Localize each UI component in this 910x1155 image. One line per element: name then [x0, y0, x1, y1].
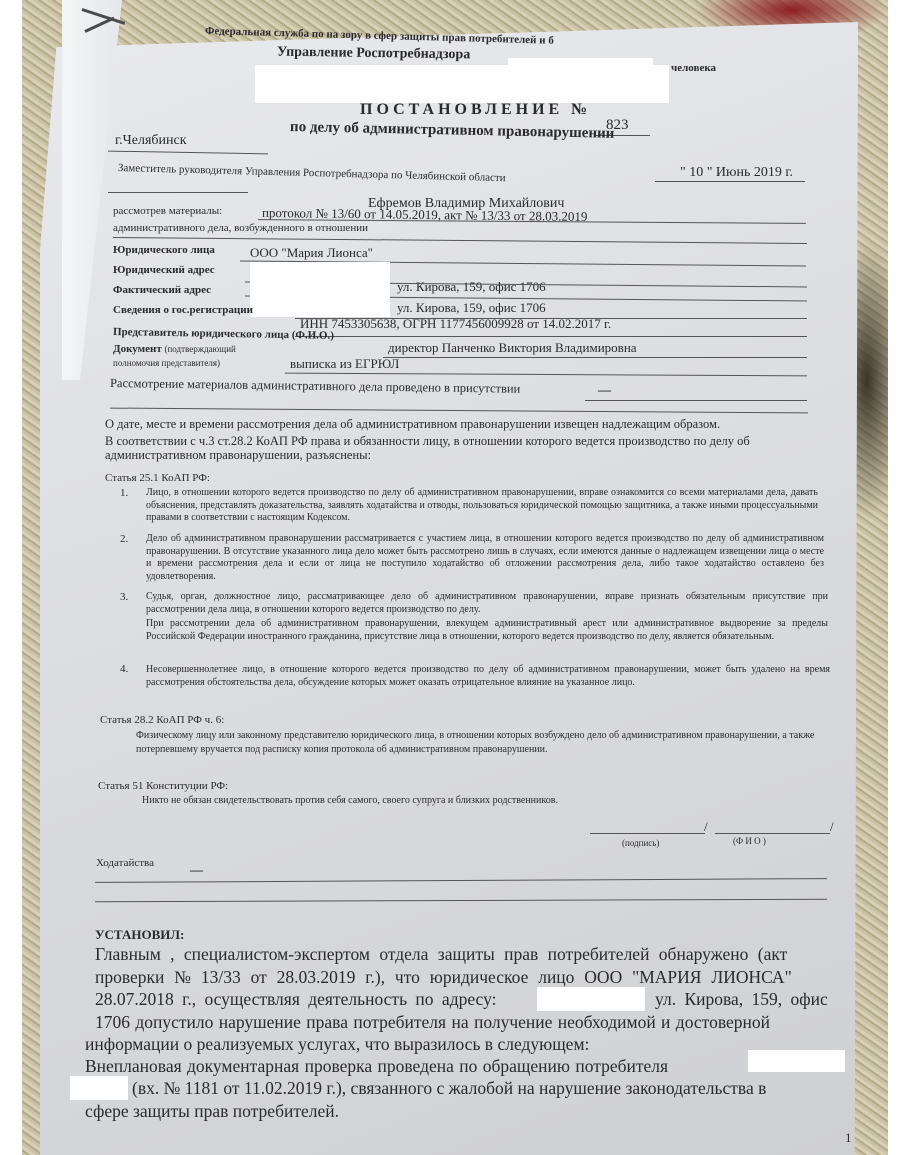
document-label-note: (подтверждающий	[164, 344, 235, 354]
entity-value: ООО "Мария Лионса"	[250, 245, 373, 261]
spacer	[390, 988, 465, 991]
rights-intro: В соответствии с ч.3 ст.28.2 КоАП РФ пра…	[105, 434, 815, 462]
article-25-1-item-extra: При рассмотрении дела об административно…	[146, 618, 828, 643]
legal-address-value: ул. Кирова, 159, офис 1706	[397, 279, 546, 295]
underline	[295, 336, 807, 337]
item-number: 2.	[120, 533, 128, 545]
document-label-text: Документ	[113, 343, 162, 355]
underline	[383, 357, 807, 358]
article-25-1-item: Дело об административном правонарушении …	[146, 533, 824, 583]
redaction	[255, 65, 669, 103]
article-28-2-text: Физическому лицу или законному представи…	[136, 729, 816, 757]
established-line: 1706 допустило нарушение права потребите…	[95, 1012, 770, 1033]
document-title: ПОСТАНОВЛЕНИЕ №	[360, 101, 591, 119]
page-number: 1	[845, 1130, 852, 1146]
underline	[295, 318, 807, 319]
document-date: " 10 " Июнь 2019 г.	[680, 165, 793, 181]
established-heading: УСТАНОВИЛ:	[95, 927, 184, 943]
established-line: Главным , специалистом-экспертом отдела …	[95, 944, 787, 965]
redaction	[250, 262, 390, 317]
document-label-note2: полномочия представителя)	[113, 358, 220, 368]
motions-label: Ходатайства	[96, 857, 154, 869]
materials-label: рассмотрев материалы:	[113, 205, 222, 217]
underline	[585, 400, 807, 401]
item-number: 3.	[120, 591, 128, 603]
redaction	[537, 987, 645, 1011]
article-25-1-item: Лицо, в отношении которого ведется произ…	[146, 487, 818, 525]
document-label: Документ (подтверждающий	[113, 343, 236, 355]
slash: /	[704, 819, 708, 835]
article-51-heading: Статья 51 Конституции РФ:	[98, 780, 228, 792]
fio-label: (Ф И О )	[733, 836, 766, 846]
established-line: (вх. № 1181 от 11.02.2019 г.), связанног…	[132, 1078, 766, 1099]
signature-label: (подпись)	[622, 838, 659, 848]
redaction	[70, 1076, 128, 1100]
case-label: административного дела, возбужденного в …	[113, 222, 368, 234]
established-line: информации о реализуемых услугах, что вы…	[85, 1034, 589, 1055]
slash: /	[830, 819, 834, 835]
article-25-1-heading: Статья 25.1 КоАП РФ:	[105, 472, 210, 484]
article-25-1-item: Судья, орган, должностное лицо, рассматр…	[146, 591, 828, 616]
established-line: 28.07.2018 г., осуществляя деятельность …	[95, 989, 496, 1010]
article-28-2-heading: Статья 28.2 КоАП РФ ч. 6:	[100, 714, 224, 726]
registration-label: Сведения о гос.регистрации	[113, 304, 253, 316]
entity-label: Юридического лица	[113, 244, 215, 256]
underline	[655, 181, 805, 182]
article-51-text: Никто не обязан свидетельствовать против…	[142, 795, 558, 806]
article-25-1-item: Несовершеннолетнее лицо, в отношение кот…	[146, 663, 830, 689]
underline	[108, 192, 248, 193]
actual-address-value: ул. Кирова, 159, офис 1706	[397, 300, 546, 316]
city: г.Челябинск	[115, 133, 187, 149]
department-name: Управление Роспотребнадзора	[277, 45, 470, 64]
legal-address-label: Юридический адрес	[113, 264, 215, 276]
notice-text: О дате, месте и времени рассмотрения дел…	[105, 417, 720, 432]
document-value: выписка из ЕГРЮЛ	[290, 356, 399, 372]
established-line: Внеплановая документарная проверка прове…	[85, 1056, 668, 1077]
fio-line	[715, 833, 830, 834]
item-number: 1.	[120, 487, 128, 499]
item-number: 4.	[120, 663, 128, 675]
representative-value: директор Панченко Виктория Владимировна	[388, 340, 637, 356]
established-line: проверки № 13/33 от 28.03.2019 г.), что …	[95, 967, 792, 988]
redaction	[748, 1050, 845, 1072]
established-line: ул. Кирова, 159, офис	[655, 989, 828, 1010]
signature-line	[590, 833, 705, 834]
established-line: сфере защиты прав потребителей.	[85, 1101, 339, 1122]
presence-value: —	[598, 382, 611, 398]
motions-value: —	[190, 862, 203, 878]
actual-address-label: Фактический адрес	[113, 284, 211, 296]
